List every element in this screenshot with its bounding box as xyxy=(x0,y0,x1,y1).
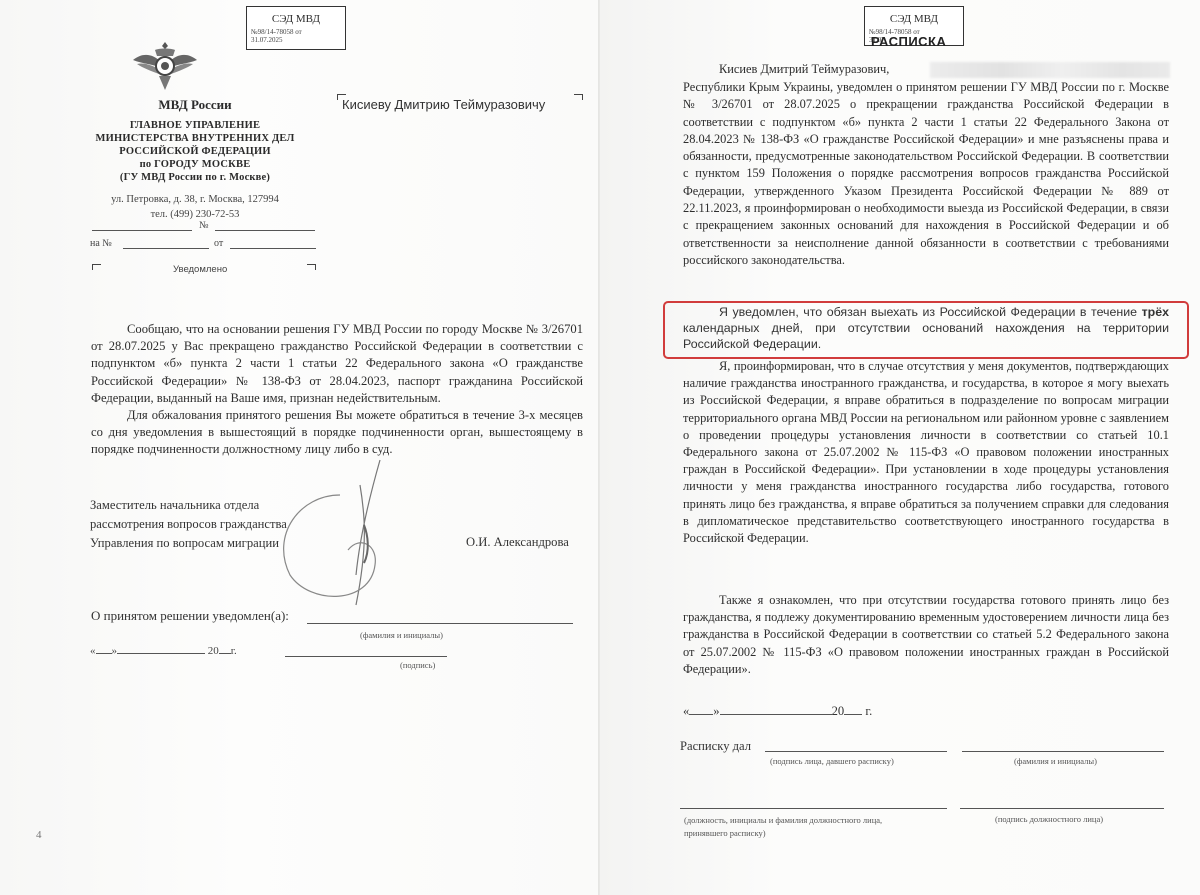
signatory-title-line: рассмотрения вопросов гражданства xyxy=(90,515,287,534)
sed-registration-stamp: СЭД МВД №98/14-78058 от 31.07.2025 xyxy=(246,6,346,50)
official-name-line[interactable] xyxy=(680,808,947,809)
date-close-quote: » xyxy=(713,704,719,718)
stamp-title: СЭД МВД xyxy=(869,14,959,24)
receipt-paragraph: Также я ознакомлен, что при отсутствии г… xyxy=(683,592,1169,678)
notice-title: Уведомлено xyxy=(173,264,227,275)
address-corner-mark xyxy=(574,94,583,100)
signatory-title: Заместитель начальника отдела рассмотрен… xyxy=(90,496,287,553)
receipt-date-field[interactable]: «»20 г. xyxy=(683,704,872,719)
agency-name: МВД России xyxy=(80,97,310,113)
subject-corner-mark xyxy=(307,264,316,270)
receipt-title: РАСПИСКА xyxy=(871,34,946,49)
signatory-name: О.И. Александрова xyxy=(466,535,569,550)
appeal-paragraph: Для обжалования принятого решения Вы мож… xyxy=(91,407,583,459)
receipt-paragraph-1: Республики Крым Украины, уведомлен о при… xyxy=(683,79,1169,269)
highlight-text-before: Я уведомлен, что обязан выехать из Росси… xyxy=(719,305,1142,319)
receipt-paragraph: Республики Крым Украины, уведомлен о при… xyxy=(683,79,1169,269)
highlight-emphasis: трёх xyxy=(1142,305,1169,319)
caption-signer-signature: (подпись лица, давшего расписку) xyxy=(770,756,894,766)
caption-official-name: (должность, инициалы и фамилия должностн… xyxy=(684,814,884,840)
acknowledgement-label: О принятом решении уведомлен(а): xyxy=(91,608,289,624)
reference-date-line[interactable] xyxy=(230,248,316,249)
date-field[interactable]: «» 20г. xyxy=(90,645,237,657)
receipt-paragraph-3: Я, проинформирован, что в случае отсутст… xyxy=(683,358,1169,547)
stamp-date: 31.07.2025 xyxy=(251,36,341,44)
outgoing-date-line[interactable] xyxy=(215,230,315,231)
reference-date-label: от xyxy=(214,238,223,249)
page-number: 4 xyxy=(36,829,42,841)
subject-corner-mark xyxy=(92,264,101,270)
notice-paragraph: Сообщаю, что на основании решения ГУ МВД… xyxy=(91,321,583,407)
org-line: МИНИСТЕРСТВА ВНУТРЕННИХ ДЕЛ xyxy=(80,132,310,145)
caption-signer-name: (фамилия и инициалы) xyxy=(1014,756,1097,766)
signatory-title-line: Управления по вопросам миграции xyxy=(90,534,287,553)
date-year-suffix: г. xyxy=(865,704,872,718)
organization-name: ГЛАВНОЕ УПРАВЛЕНИЕ МИНИСТЕРСТВА ВНУТРЕНН… xyxy=(80,119,310,184)
date-close-quote: » xyxy=(112,645,118,657)
receipt-paragraph-4: Также я ознакомлен, что при отсутствии г… xyxy=(683,592,1169,678)
number-label: № xyxy=(199,220,209,231)
date-year-prefix: 20 xyxy=(208,645,219,657)
official-signature-line[interactable] xyxy=(960,808,1164,809)
signatory-title-line: Заместитель начальника отдела xyxy=(90,496,287,515)
org-line: ГЛАВНОЕ УПРАВЛЕНИЕ xyxy=(80,119,310,132)
caption-name: (фамилия и инициалы) xyxy=(360,630,443,640)
notification-page: СЭД МВД №98/14-78058 от 31.07.2025 МВД Р… xyxy=(0,0,598,895)
recipient-name: Кисиеву Дмитрию Теймуразовичу xyxy=(342,97,545,112)
org-line: по ГОРОДУ МОСКВЕ xyxy=(80,158,310,171)
date-year-prefix: 20 xyxy=(832,704,845,718)
agency-address: ул. Петровка, д. 38, г. Москва, 127994 xyxy=(80,192,310,207)
date-open-quote: « xyxy=(90,645,96,657)
mvd-emblem-icon xyxy=(125,38,205,94)
agency-letterhead: МВД России ГЛАВНОЕ УПРАВЛЕНИЕ МИНИСТЕРСТ… xyxy=(80,97,310,222)
receipt-given-label: Расписку дал xyxy=(680,739,751,754)
caption-signature: (подпись) xyxy=(400,660,435,670)
date-year-suffix: г. xyxy=(231,645,237,657)
org-line: (ГУ МВД России по г. Москве) xyxy=(80,171,310,184)
signer-signature-line[interactable] xyxy=(765,751,947,752)
notice-body: Сообщаю, что на основании решения ГУ МВД… xyxy=(91,321,583,459)
handwritten-signature-icon xyxy=(260,455,410,625)
highlight-text-after: календарных дней, при отсутствии основан… xyxy=(683,321,1169,351)
signature-line[interactable] xyxy=(285,656,447,657)
departure-obligation-paragraph: Я уведомлен, что обязан выехать из Росси… xyxy=(683,305,1169,352)
redacted-region xyxy=(930,62,1170,78)
org-line: РОССИЙСКОЙ ФЕДЕРАЦИИ xyxy=(80,145,310,158)
outgoing-number-line[interactable] xyxy=(92,230,192,231)
stamp-number: №98/14-78058 от xyxy=(251,28,341,36)
reference-number-label: на № xyxy=(90,238,112,249)
date-open-quote: « xyxy=(683,704,689,718)
signer-name-line[interactable] xyxy=(962,751,1164,752)
agency-phone: тел. (499) 230-72-53 xyxy=(80,207,310,222)
receipt-paragraph: Я, проинформирован, что в случае отсутст… xyxy=(683,358,1169,547)
caption-official-signature: (подпись должностного лица) xyxy=(995,814,1103,824)
stamp-title: СЭД МВД xyxy=(251,14,341,24)
acknowledged-name-line[interactable] xyxy=(307,623,573,624)
reference-number-line[interactable] xyxy=(123,248,209,249)
